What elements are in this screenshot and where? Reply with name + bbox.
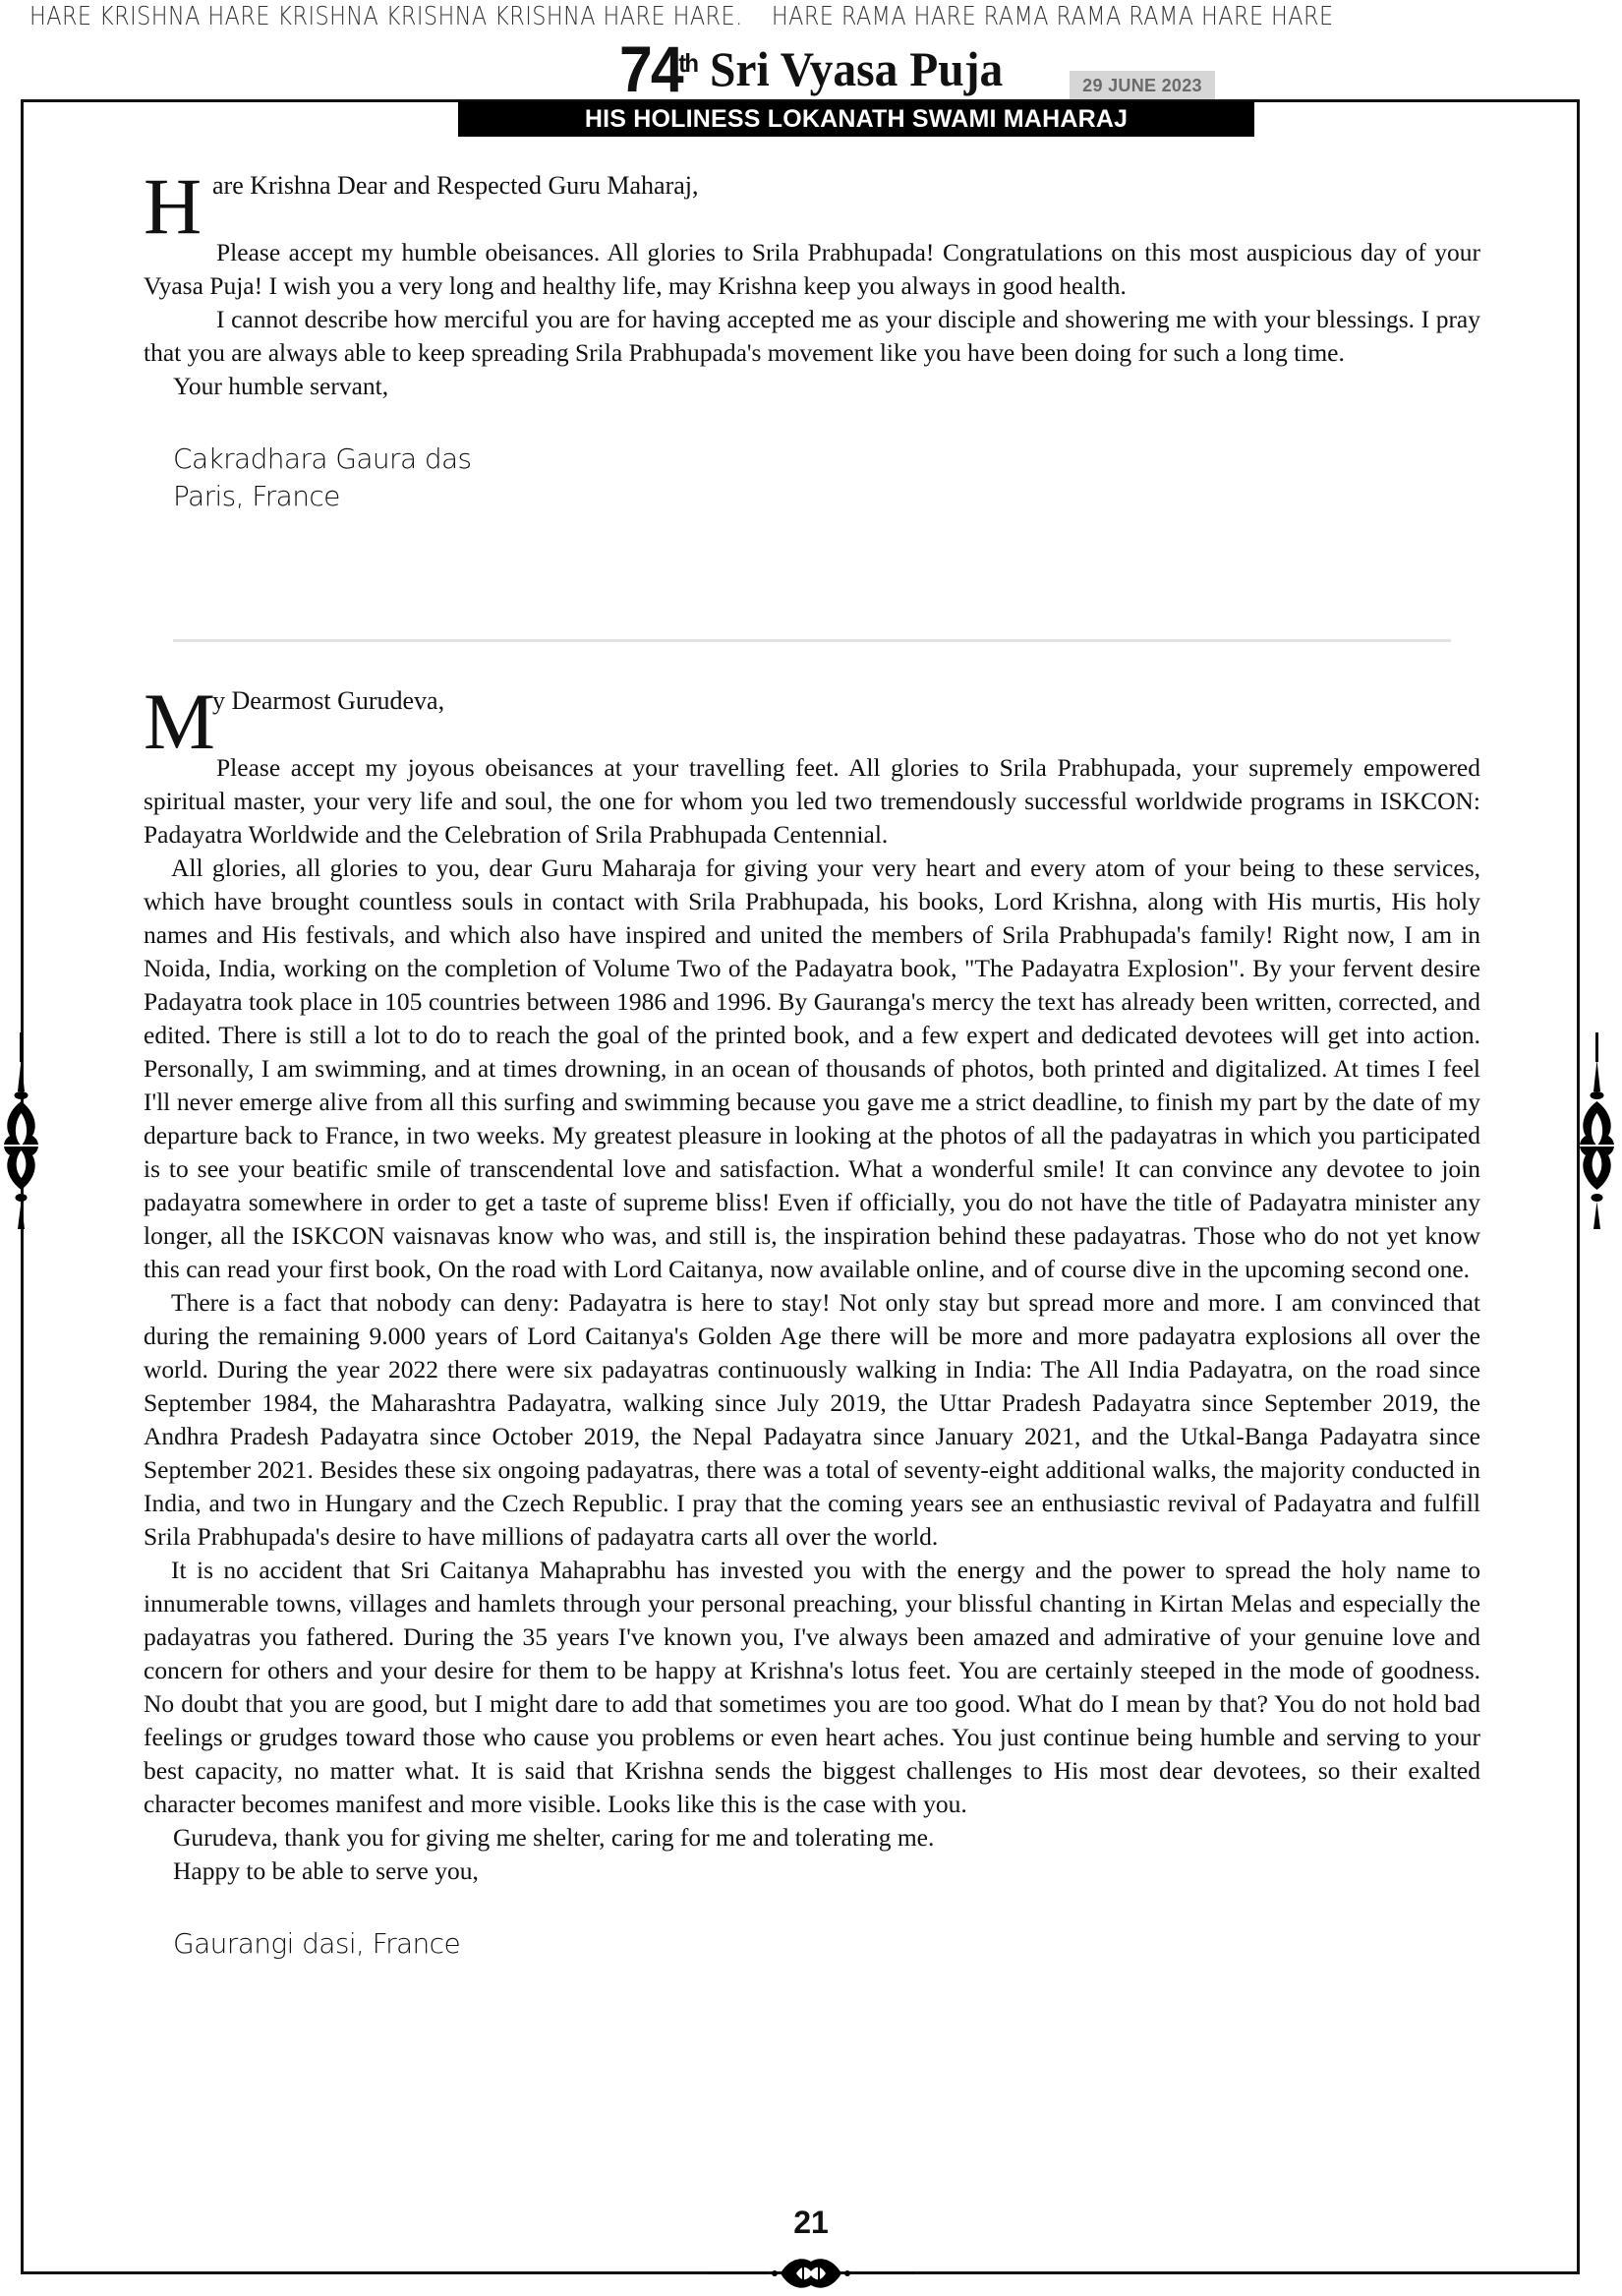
salutation: H are Krishna Dear and Respected Guru Ma… <box>144 169 1480 236</box>
signature-place: Paris, France <box>144 478 1480 515</box>
page-title: 74thSri Vyasa Puja <box>619 37 1018 100</box>
letter-2: M y Dearmost Gurudeva, Please accept my … <box>144 684 1480 1963</box>
paragraph: It is no accident that Sri Caitanya Maha… <box>144 1554 1480 1821</box>
title-banner: HIS HOLINESS LOKANATH SWAMI MAHARAJ <box>458 101 1254 137</box>
signature-name: Cakradhara Gaura das <box>144 441 1480 478</box>
dropcap: H <box>144 173 202 240</box>
paragraph: I cannot describe how merciful you are f… <box>144 303 1480 370</box>
closing: Gurudeva, thank you for giving me shelte… <box>144 1821 1480 1854</box>
paragraph: All glories, all glories to you, dear Gu… <box>144 852 1480 1286</box>
page-number: 21 <box>762 2203 860 2242</box>
title-number: 74th <box>619 37 697 100</box>
letter-divider <box>173 639 1451 642</box>
title-text: Sri Vyasa Puja <box>710 37 1003 100</box>
paragraph: There is a fact that nobody can deny: Pa… <box>144 1286 1480 1554</box>
closing: Happy to be able to serve you, <box>144 1854 1480 1888</box>
letter-1: H are Krishna Dear and Respected Guru Ma… <box>144 169 1480 515</box>
closing: Your humble servant, <box>144 370 1480 403</box>
signature-name: Gaurangi dasi, France <box>144 1925 1480 1963</box>
mantra-right: HARE RAMA HARE RAMA RAMA RAMA HARE HARE <box>772 0 1334 33</box>
salutation: M y Dearmost Gurudeva, <box>144 684 1480 751</box>
mantra-header: HARE KRISHNA HARE KRISHNA KRISHNA KRISHN… <box>29 0 1382 33</box>
paragraph: Please accept my joyous obeisances at yo… <box>144 751 1480 852</box>
flourish-ornament-icon <box>1561 1032 1620 1229</box>
dropcap: M <box>144 688 215 755</box>
title-suffix: th <box>678 48 697 78</box>
salutation-text: y Dearmost Gurudeva, <box>212 684 444 718</box>
paragraph: Please accept my humble obeisances. All … <box>144 236 1480 303</box>
flourish-ornament-icon <box>708 2254 914 2293</box>
salutation-text: are Krishna Dear and Respected Guru Maha… <box>212 169 699 203</box>
date-badge: 29 JUNE 2023 <box>1070 71 1215 100</box>
flourish-ornament-icon <box>0 1032 59 1229</box>
mantra-left: HARE KRISHNA HARE KRISHNA KRISHNA KRISHN… <box>29 0 743 33</box>
